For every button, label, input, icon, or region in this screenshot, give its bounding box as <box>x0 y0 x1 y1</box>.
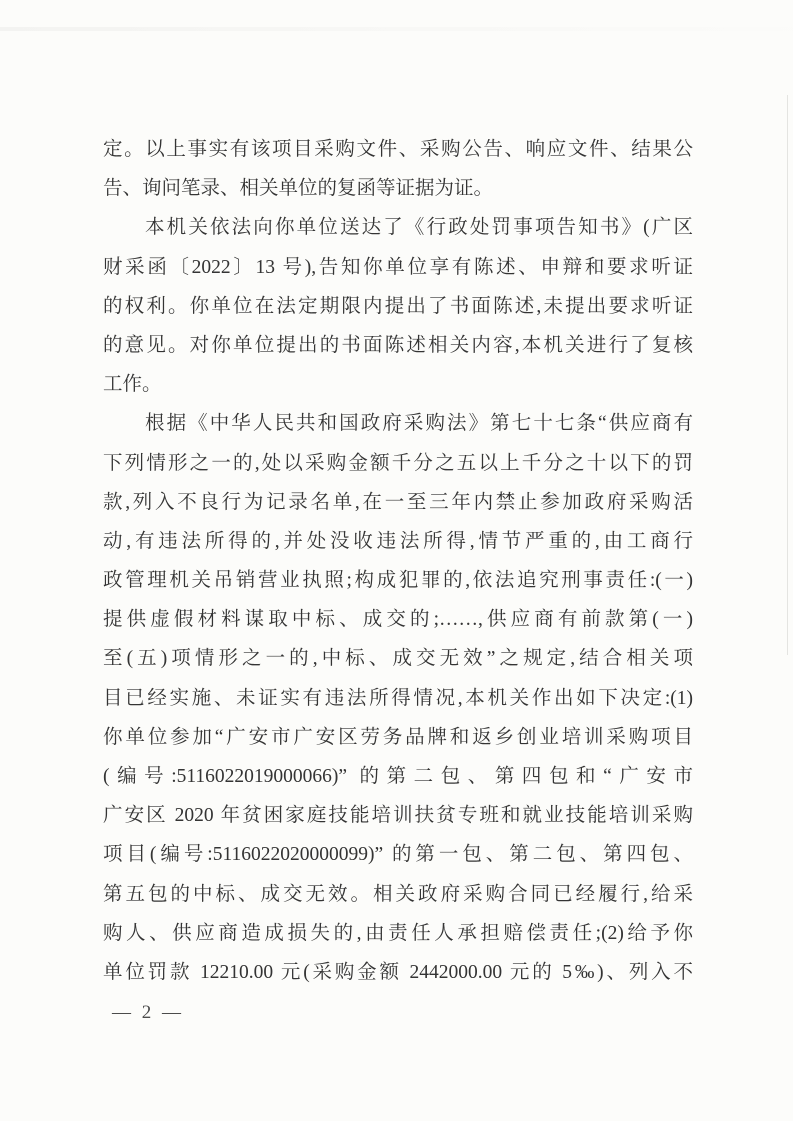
text-line: 广安区 2020 年贫困家庭技能培训扶贫专班和就业技能培训采购 <box>103 796 693 835</box>
text-line: 定。以上事实有该项目采购文件、采购公告、响应文件、结果公 <box>103 130 693 169</box>
text-line: 的意见。对你单位提出的书面陈述相关内容,本机关进行了复核 <box>103 326 693 365</box>
text-line: 工作。 <box>103 365 693 404</box>
text-line: 下列情形之一的,处以采购金额千分之五以上千分之十以下的罚 <box>103 444 693 483</box>
text-line: 政管理机关吊销营业执照;构成犯罪的,依法追究刑事责任:(一) <box>103 561 693 600</box>
scan-edge-artifact <box>787 95 788 655</box>
scanned-document-page: 定。以上事实有该项目采购文件、采购公告、响应文件、结果公告、询问笔录、相关单位的… <box>0 0 793 1121</box>
text-line: 目已经实施、未证实有违法所得情况,本机关作出如下决定:(1) <box>103 679 693 718</box>
text-line: 项目(编号:5116022020000099)” 的第一包、第二包、第四包、 <box>103 835 693 874</box>
text-line: 的权利。你单位在法定期限内提出了书面陈述,未提出要求听证 <box>103 287 693 326</box>
text-line: 你单位参加“广安市广安区劳务品牌和返乡创业培训采购项目 <box>103 718 693 757</box>
page-number: — 2 — <box>112 1002 184 1024</box>
text-line: 告、询问笔录、相关单位的复函等证据为证。 <box>103 169 693 208</box>
text-line: 本机关依法向你单位送达了《行政处罚事项告知书》(广区 <box>103 208 693 247</box>
text-line: 第五包的中标、成交无效。相关政府采购合同已经履行,给采 <box>103 875 693 914</box>
text-line: 动,有违法所得的,并处没收违法所得,情节严重的,由工商行 <box>103 522 693 561</box>
text-line: (编号:5116022019000066)” 的第二包、第四包和“广安市 <box>103 757 693 796</box>
text-line: 提供虚假材料谋取中标、成交的;……,供应商有前款第(一) <box>103 600 693 639</box>
text-line: 财采函〔2022〕13 号),告知你单位享有陈述、申辩和要求听证 <box>103 248 693 287</box>
text-line: 购人、供应商造成损失的,由责任人承担赔偿责任;(2)给予你 <box>103 914 693 953</box>
text-line: 根据《中华人民共和国政府采购法》第七十七条“供应商有 <box>103 404 693 443</box>
text-line: 款,列入不良行为记录名单,在一至三年内禁止参加政府采购活 <box>103 483 693 522</box>
text-line: 单位罚款 12210.00 元(采购金额 2442000.00 元的 5‰)、列… <box>103 953 693 992</box>
scan-streak-artifact <box>0 27 793 31</box>
document-body: 定。以上事实有该项目采购文件、采购公告、响应文件、结果公告、询问笔录、相关单位的… <box>103 130 693 992</box>
text-line: 至(五)项情形之一的,中标、成交无效”之规定,结合相关项 <box>103 639 693 678</box>
